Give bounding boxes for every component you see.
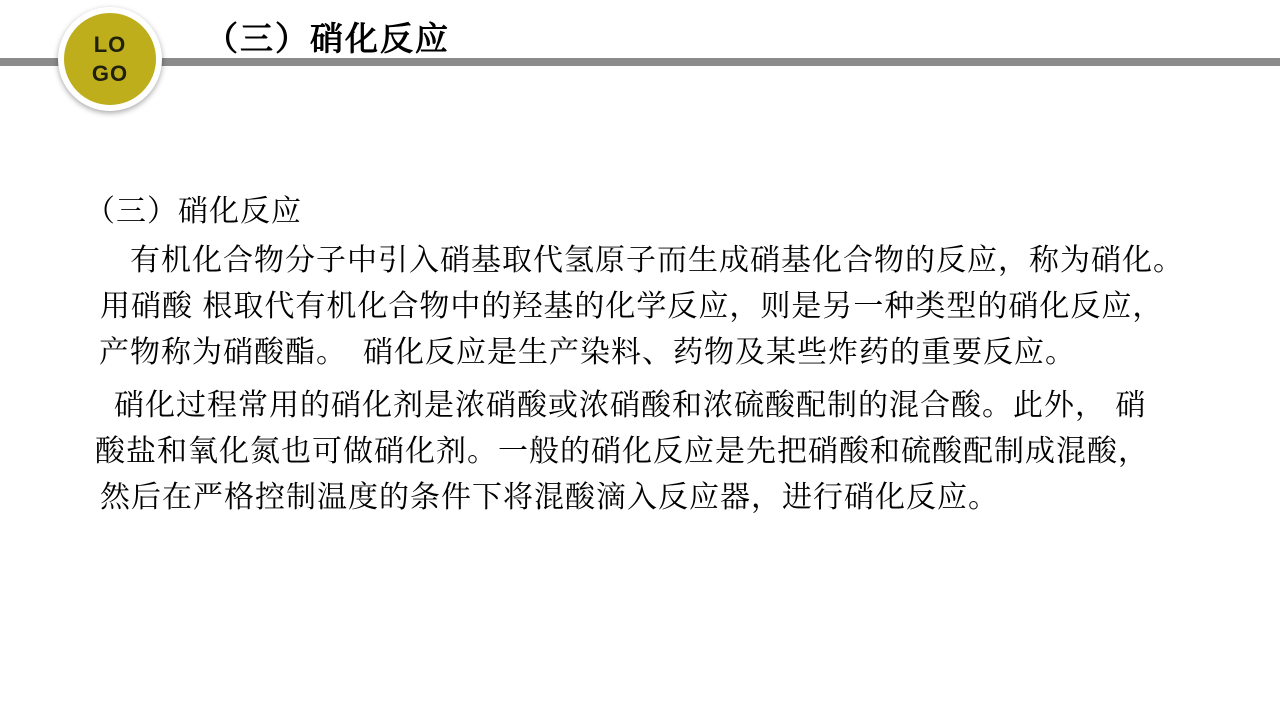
logo-text-line1: LO xyxy=(94,30,127,59)
paragraph2-line1: 硝化过程常用的硝化剂是浓硝酸或浓硝酸和浓硫酸配制的混合酸。此外， 硝 xyxy=(0,383,1280,429)
paragraph2-line3: 然后在严格控制温度的条件下将混酸滴入反应器，进行硝化反应。 xyxy=(0,475,1280,521)
body-section-heading: （三）硝化反应 xyxy=(0,189,1280,235)
logo-text-line2: GO xyxy=(92,59,128,88)
paragraph2-line2: 酸盐和氧化氮也可做硝化剂。一般的硝化反应是先把硝酸和硫酸配制成混酸， xyxy=(0,429,1280,475)
paragraph1-line2: 用硝酸 根取代有机化合物中的羟基的化学反应，则是另一种类型的硝化反应， xyxy=(0,284,1280,330)
logo-badge: LO GO xyxy=(58,7,162,111)
paragraph1-line3: 产物称为硝酸酯。 硝化反应是生产染料、药物及某些炸药的重要反应。 xyxy=(0,330,1280,376)
body-text-block: （三）硝化反应 有机化合物分子中引入硝基取代氢原子而生成硝基化合物的反应，称为硝… xyxy=(0,189,1280,521)
slide-title: （三）硝化反应 xyxy=(205,20,450,58)
title-divider-line xyxy=(0,58,1280,66)
presentation-slide: LO GO （三）硝化反应 （三）硝化反应 有机化合物分子中引入硝基取代氢原子而… xyxy=(0,0,1280,720)
paragraph1-line1: 有机化合物分子中引入硝基取代氢原子而生成硝基化合物的反应，称为硝化。 xyxy=(0,238,1280,284)
